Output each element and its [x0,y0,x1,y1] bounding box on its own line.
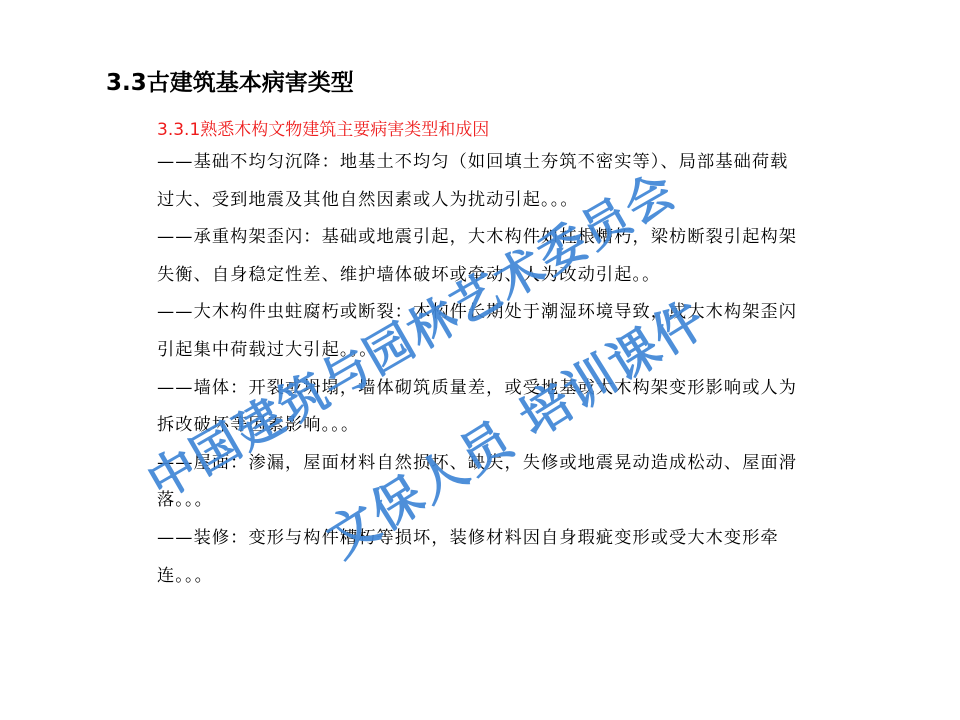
body-line: 拆改破坏等因素影响。。。 [157,412,917,450]
body-line: ——大木构件虫蛀腐朽或断裂：木构件长期处于潮湿环境导致，或大木构架歪闪 [157,299,917,337]
body-line: ——基础不均匀沉降：地基土不均匀（如回填土夯筑不密实等）、局部基础荷载 [157,149,917,187]
body-line: ——屋面：渗漏，屋面材料自然损坏、缺失，失修或地震晃动造成松动、屋面滑 [157,450,917,488]
body-line: ——装修：变形与构件糟朽等损坏，装修材料因自身瑕疵变形或受大木变形牵 [157,525,917,563]
slide: 3.3古建筑基本病害类型 3.3.1熟悉木构文物建筑主要病害类型和成因 ——基础… [0,0,960,720]
body-line: ——墙体：开裂或坍塌，墙体砌筑质量差，或受地基或大木构架变形影响或人为 [157,375,917,413]
slide-title: 3.3古建筑基本病害类型 [106,64,354,97]
body-line: 引起集中荷载过大引起。。。 [157,337,917,375]
body-line: 连。。。 [157,563,917,601]
body-line: 过大、受到地震及其他自然因素或人为扰动引起。。。 [157,187,917,225]
section-subtitle: 3.3.1熟悉木构文物建筑主要病害类型和成因 [157,115,489,140]
body-text: ——基础不均匀沉降：地基土不均匀（如回填土夯筑不密实等）、局部基础荷载 过大、受… [157,149,917,600]
body-line: 失衡、自身稳定性差、维护墙体破坏或牵动、人为改动引起。。 [157,262,917,300]
body-line: 落。。。 [157,487,917,525]
body-line: ——承重构架歪闪：基础或地震引起，大木构件如柱根糟朽，梁枋断裂引起构架 [157,224,917,262]
